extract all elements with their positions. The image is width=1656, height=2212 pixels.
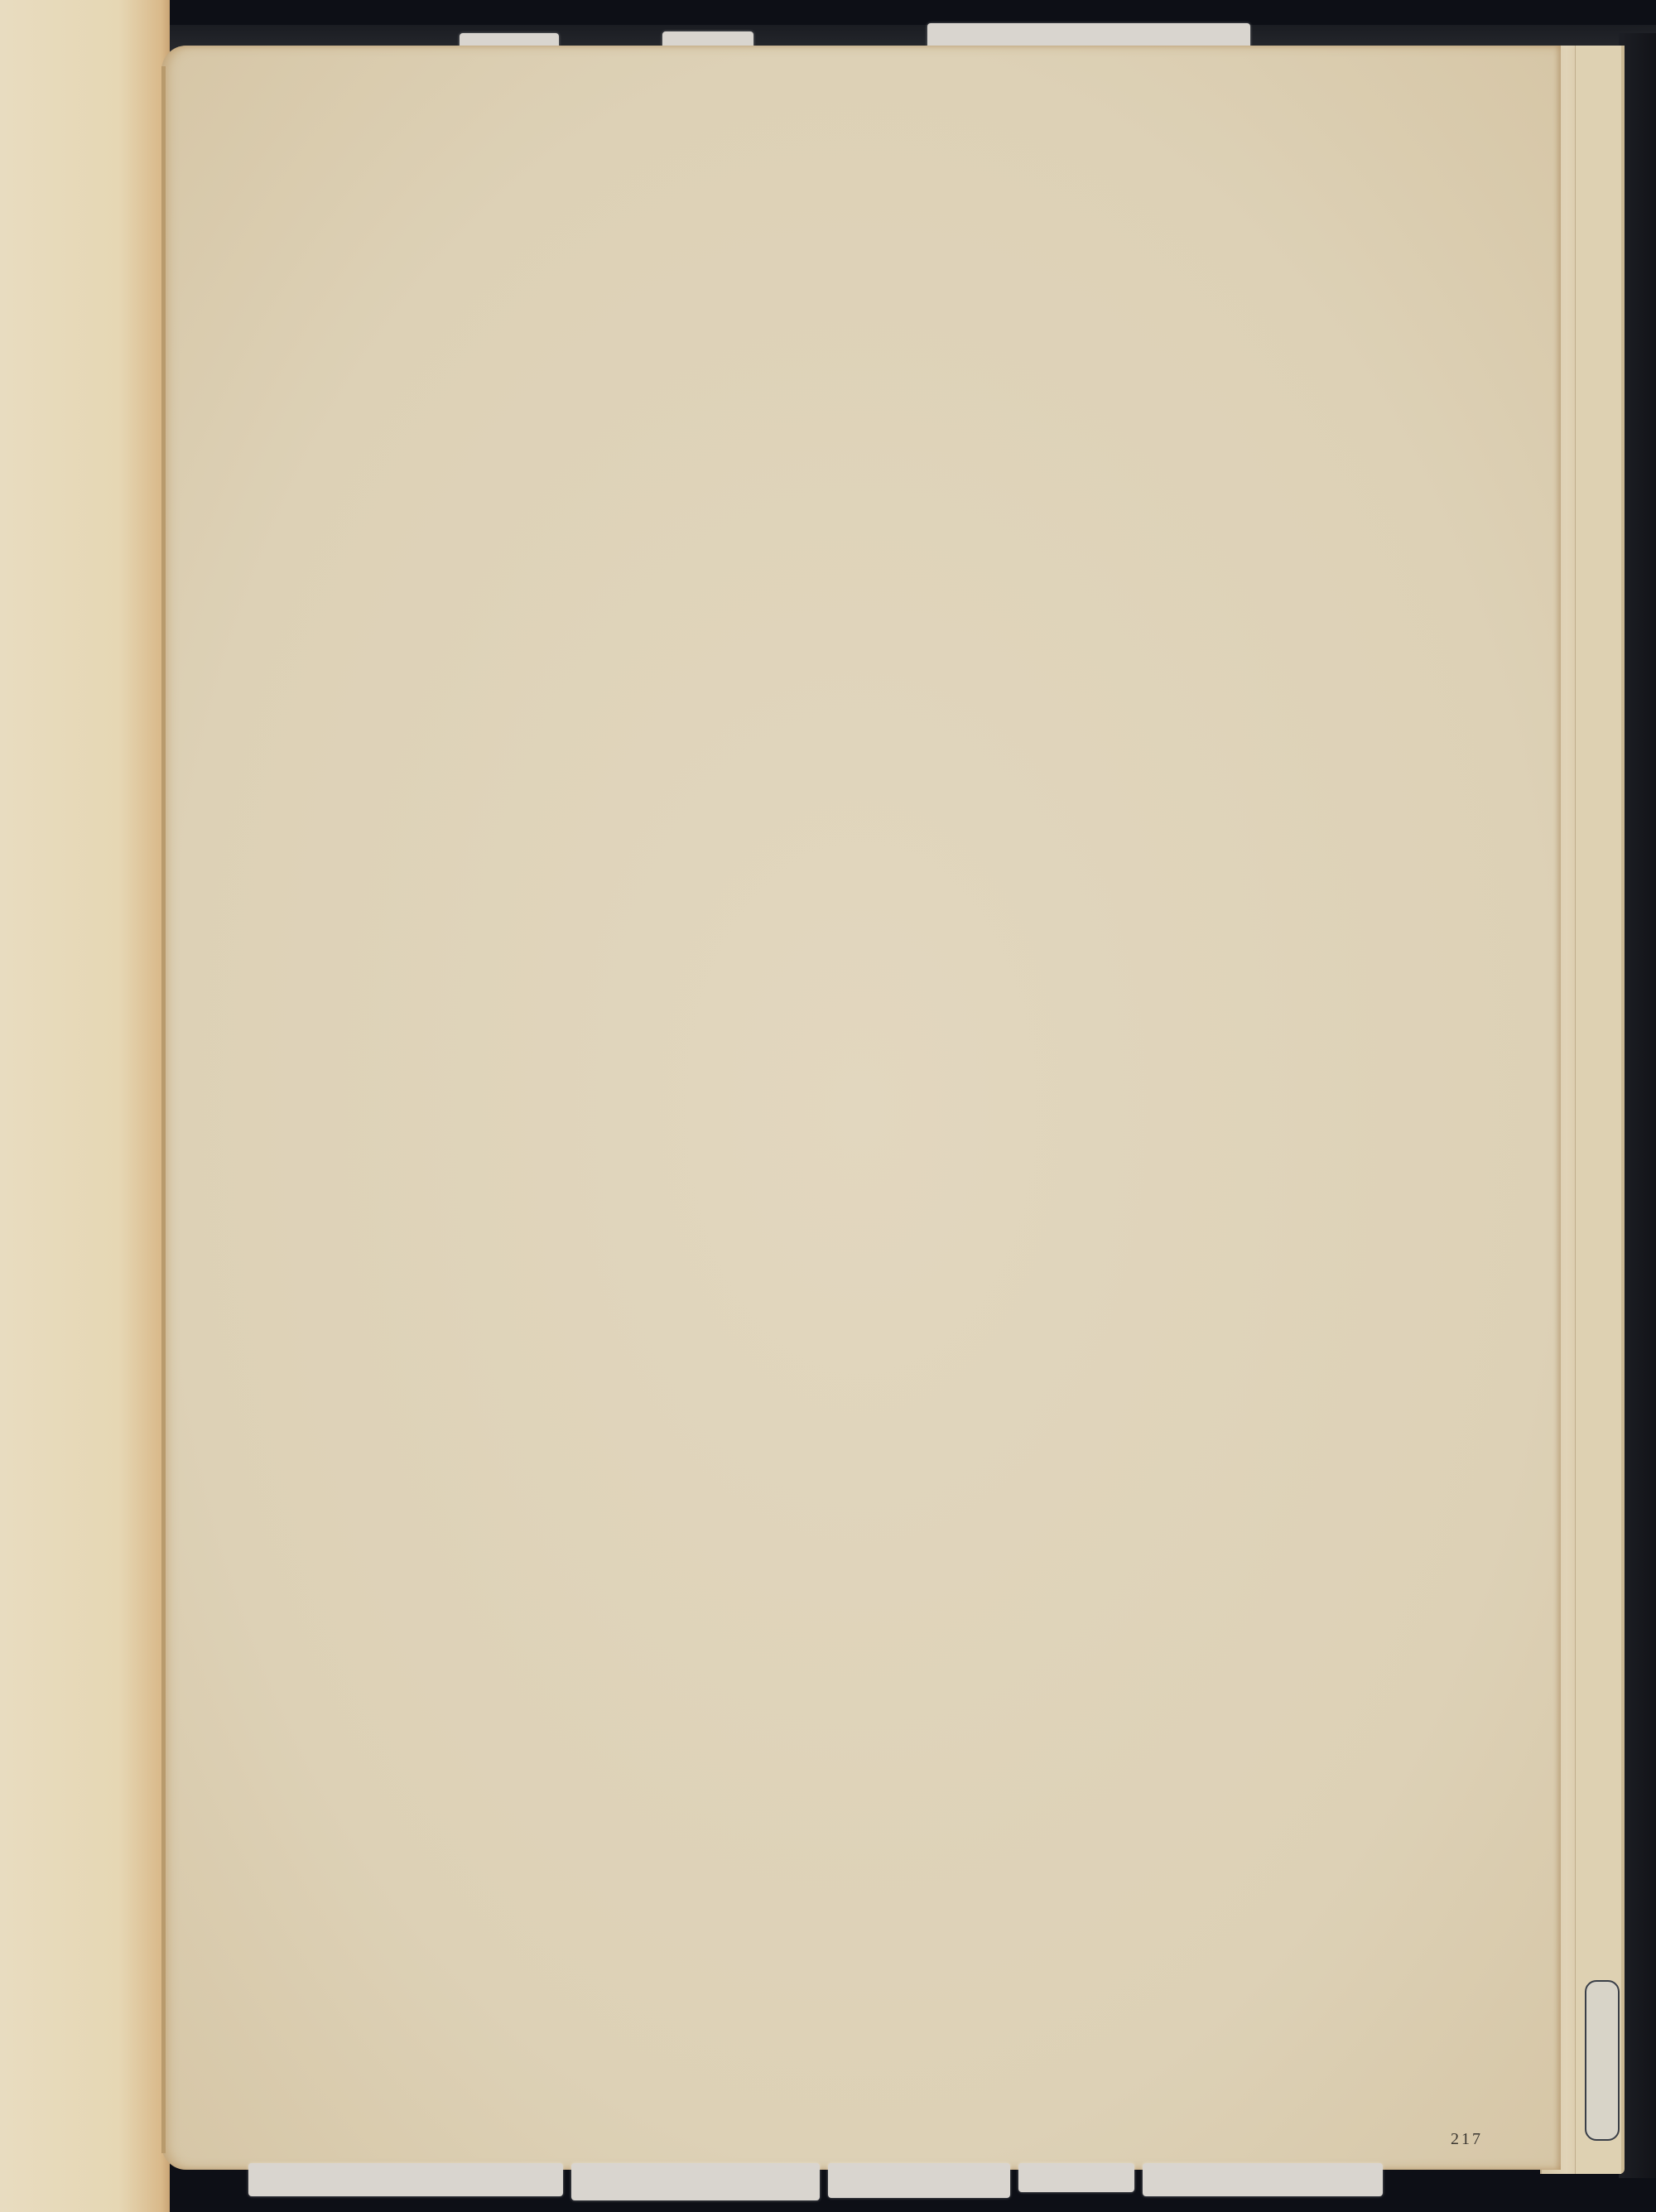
left-page bbox=[0, 0, 170, 2212]
torn-paper-stub bbox=[828, 2163, 1010, 2198]
stub-tab bbox=[1585, 1980, 1620, 2141]
gutter-line bbox=[161, 66, 166, 2153]
torn-paper-stub bbox=[248, 2163, 563, 2196]
torn-paper-stub bbox=[1143, 2163, 1383, 2196]
page-number: 217 bbox=[1451, 2130, 1483, 2149]
page-stub-inner bbox=[1575, 46, 1621, 2174]
torn-paper-stub bbox=[1018, 2163, 1134, 2192]
torn-paper-stub bbox=[571, 2163, 820, 2200]
blank-page bbox=[161, 46, 1561, 2170]
